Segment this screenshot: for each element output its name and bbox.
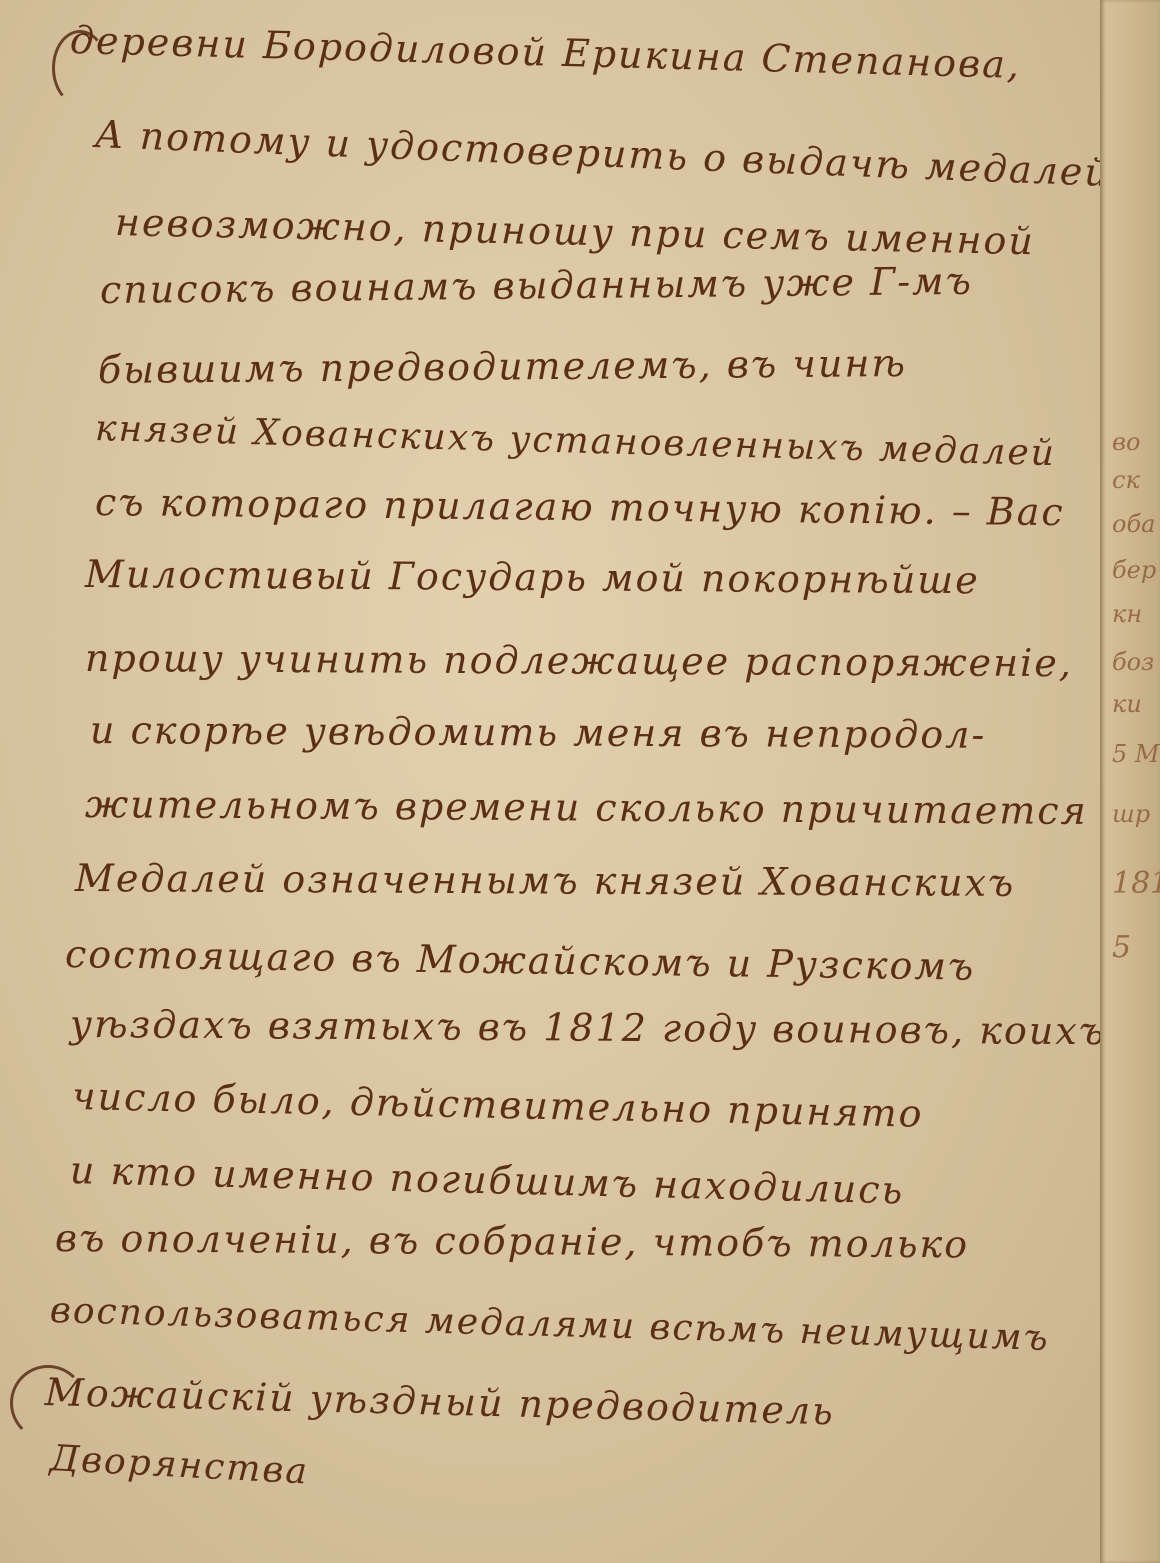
text-line-14: уѣздахъ взятыхъ въ 1812 году воиновъ, ко… — [70, 1002, 1106, 1053]
margin-fragment: 5 — [1112, 930, 1131, 965]
text-line-15: число было, дѣйствительно принято — [72, 1074, 924, 1136]
margin-fragment: шр — [1112, 800, 1150, 828]
text-line-12: Медалей означеннымъ князей Хованскихъ — [75, 856, 1016, 905]
initial-flourish — [52, 30, 108, 106]
margin-fragment: оба — [1112, 510, 1155, 538]
text-line-1: деревни Бородиловой Ерикина Степанова, — [69, 18, 1021, 87]
margin-fragment: ск — [1112, 466, 1140, 494]
text-line-3: невозможно, приношу при семъ именной — [115, 200, 1036, 263]
adjacent-page-edge — [1100, 0, 1160, 1563]
text-line-9: прошу учинить подлежащее распоряженіе, — [85, 636, 1073, 685]
text-line-17: въ ополченіи, въ собраніе, чтобъ только — [55, 1216, 969, 1266]
text-line-16: и кто именно погибшимъ находились — [69, 1148, 904, 1212]
margin-fragment: бер — [1112, 556, 1156, 584]
margin-fragment: 5 М — [1112, 740, 1159, 768]
closing-title: Можайскій уѣздный предводитель — [44, 1370, 835, 1433]
margin-fragment: ки — [1112, 690, 1142, 718]
margin-fragment: 181 — [1112, 866, 1160, 901]
text-line-4: списокъ воинамъ выданнымъ уже Г-мъ — [100, 259, 973, 312]
text-line-11: жительномъ времени сколько причитается — [85, 782, 1088, 833]
text-line-18: воспользоваться медалями всѣмъ неимущимъ — [49, 1290, 1050, 1359]
manuscript-page: деревни Бородиловой Ерикина Степанова, А… — [0, 0, 1100, 1563]
margin-fragment: во — [1112, 428, 1140, 456]
text-line-2: А потому и удостоверить о выдачѣ медалей — [94, 112, 1112, 195]
margin-fragment: боз — [1112, 648, 1154, 676]
text-line-5: бывшимъ предводителемъ, въ чинѣ — [98, 341, 907, 392]
closing-title-nobility: Дворянства — [49, 1438, 310, 1493]
signature-flourish — [10, 1365, 86, 1441]
text-line-10: и скорѣе увѣдомить меня въ непродол- — [90, 708, 986, 757]
text-line-8: Милостивый Государь мой покорнѣйше — [85, 552, 980, 602]
text-line-6: князей Хованскихъ установленныхъ медалей — [94, 408, 1056, 474]
margin-fragment: кн — [1112, 600, 1142, 628]
text-line-13: состоящаго въ Можайскомъ и Рузскомъ — [65, 932, 976, 989]
text-line-7: съ котораго прилагаю точную копію. – Вас — [95, 480, 1065, 534]
